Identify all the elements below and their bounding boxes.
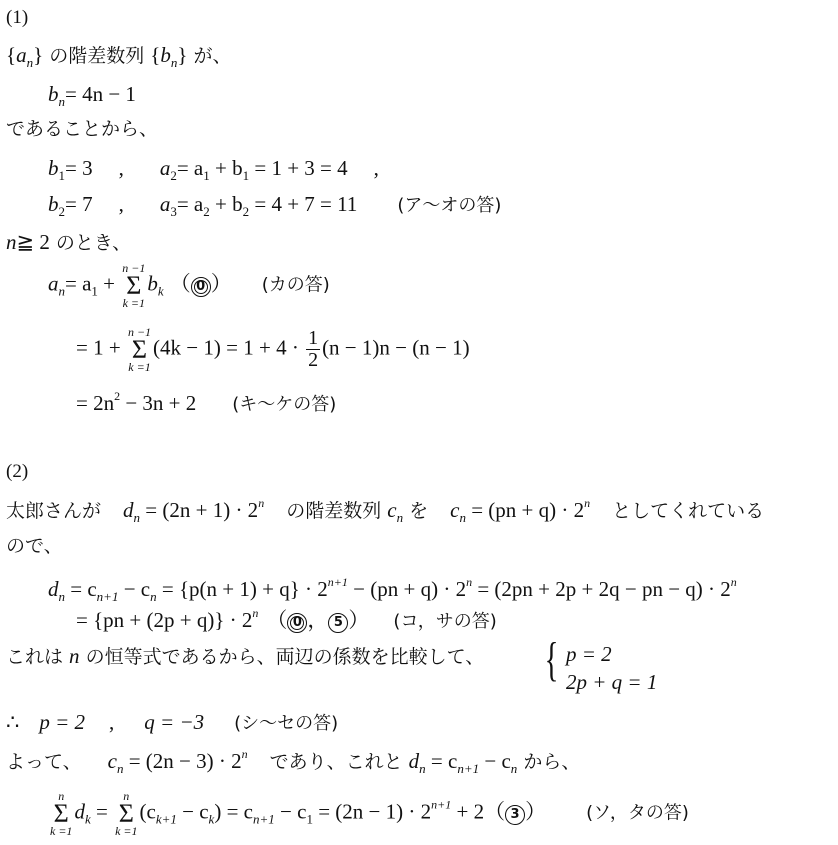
var-d: d xyxy=(123,498,134,522)
hence-line: よって、cn = (2n − 3) · 2nであり、これと dn = cn+1 … xyxy=(6,748,580,775)
plus: + xyxy=(98,272,120,296)
p-value: p = 2 xyxy=(39,710,85,734)
choice-marker: 0 xyxy=(287,613,307,633)
var-a: a xyxy=(16,43,27,67)
choice-marker: 5 xyxy=(328,613,348,633)
hence-text: であり、これと xyxy=(270,751,409,773)
expr: = a xyxy=(65,272,91,296)
sub: k+1 xyxy=(156,812,177,827)
identity-text: の恒等式であるから、両辺の係数を比較して、 xyxy=(80,646,485,668)
row-1: b1= 3,a2= a1 + b1 = 1 + 3 = 4, xyxy=(48,158,379,182)
var-b: b xyxy=(147,272,158,296)
var-d: d xyxy=(74,800,85,824)
exponent: n xyxy=(258,496,264,510)
expr: = (2pn + 2p + 2q − pn − q) · 2 xyxy=(472,577,731,601)
expr: − c xyxy=(118,577,150,601)
sigma-icon: Σ xyxy=(50,802,72,825)
intro-text: の階差数列 xyxy=(43,45,150,67)
sum-lower: k =1 xyxy=(122,297,145,309)
var-c: c xyxy=(108,749,117,773)
expr: = a xyxy=(177,156,203,180)
expr: = 1 + 3 = 4 xyxy=(249,156,348,180)
expr: − c xyxy=(479,749,511,773)
part2-label: (2) xyxy=(6,462,28,481)
expr: (c xyxy=(140,800,156,824)
answer-note: (コ，サの答) xyxy=(393,611,496,632)
system-rows: p = 2 2p + q = 1 xyxy=(566,640,657,697)
bn-rhs: = 4n − 1 xyxy=(65,82,136,106)
var-a: a xyxy=(48,272,59,296)
intro-text: を xyxy=(403,500,428,522)
exponent: n+1 xyxy=(328,575,348,589)
expr: + b xyxy=(210,192,243,216)
sub: n+1 xyxy=(253,812,275,827)
brace-open: { xyxy=(150,43,160,67)
var-a: a xyxy=(160,156,171,180)
expr: ) = c xyxy=(214,800,253,824)
result-line: ∴p = 2,q = −3(シ〜セの答) xyxy=(6,712,338,733)
an-line-3: = 2n2 − 3n + 2(キ〜ケの答) xyxy=(76,390,336,414)
therefore-icon: ∴ xyxy=(6,710,19,734)
sub: n+1 xyxy=(457,761,479,776)
expr: + 2 xyxy=(451,800,484,824)
left-brace-icon: { xyxy=(545,636,559,684)
expr: = c xyxy=(65,577,97,601)
intro-text: 太郎さんが xyxy=(6,500,101,522)
part1-label: (1) xyxy=(6,8,28,27)
answer-note: (カの答) xyxy=(262,275,330,296)
expr: − c xyxy=(275,800,307,824)
sum-lower: k =1 xyxy=(115,825,137,837)
expr: = 2n xyxy=(76,391,114,415)
intro-text: の階差数列 xyxy=(286,500,387,522)
condition: n≧ 2 のとき、 xyxy=(6,232,131,253)
hence-text: から、 xyxy=(517,751,580,773)
expr: (4k − 1) = 1 + 4 · xyxy=(153,336,304,360)
var-a: a xyxy=(160,192,171,216)
exponent: n xyxy=(584,496,590,510)
sigma-icon: Σ xyxy=(115,802,137,825)
dn-line-2: = {pn + (2p + q)} · 2n（0，5）(コ，サの答) xyxy=(76,607,497,633)
sub: k xyxy=(158,284,164,299)
var-d: d xyxy=(48,577,59,601)
answer-note: (ソ，タの答) xyxy=(586,803,689,824)
fraction: 12 xyxy=(306,328,320,371)
var-b: b xyxy=(48,156,59,180)
exponent: n xyxy=(731,575,737,589)
brace-close: } xyxy=(177,43,187,67)
sigma-icon: Σ xyxy=(122,274,145,297)
var-n: n xyxy=(69,644,80,668)
sum-lower: k =1 xyxy=(128,361,151,373)
expr: + b xyxy=(210,156,243,180)
var-n: n xyxy=(6,230,17,254)
separator: , xyxy=(119,192,124,216)
choice-marker: 0 xyxy=(191,277,211,297)
expr: − (pn + q) · 2 xyxy=(348,577,466,601)
expr: = (pn + q) · 2 xyxy=(466,498,584,522)
expr: = (2n − 3) · 2 xyxy=(123,749,241,773)
dn-line-1: dn = cn+1 − cn = {p(n + 1) + q} · 2n+1 −… xyxy=(48,576,737,603)
sub: n+1 xyxy=(97,589,119,604)
expr: − 3n + 2 xyxy=(120,391,196,415)
brace-open: { xyxy=(6,43,16,67)
an-line-2: = 1 + n −1Σk =1(4k − 1) = 1 + 4 · 12(n −… xyxy=(76,326,470,373)
summation: nΣk =1 xyxy=(115,790,137,837)
exponent: n xyxy=(242,747,248,761)
var-b: b xyxy=(160,43,171,67)
var-d: d xyxy=(409,749,420,773)
bn-formula: bn= 4n − 1 xyxy=(48,84,136,108)
answer-note: (ア〜オの答) xyxy=(397,195,501,216)
hence-text: よって、 xyxy=(6,751,82,773)
an-line-1: an= a1 + n −1Σk =1bk （0）(カの答) xyxy=(48,262,330,309)
part2-intro: 太郎さんがdn = (2n + 1) · 2nの階差数列 cn をcn = (p… xyxy=(6,497,764,524)
intro-text: としてくれている xyxy=(612,500,764,522)
therefore-text: であることから、 xyxy=(6,120,158,139)
expr: = {pn + (2p + q)} · 2 xyxy=(76,608,252,632)
summation: n −1Σk =1 xyxy=(122,262,145,309)
var-b: b xyxy=(48,82,59,106)
separator: , xyxy=(374,156,379,180)
separator: , xyxy=(109,710,114,734)
choice-marker: 3 xyxy=(505,805,525,825)
identity-line: これは n の恒等式であるから、両辺の係数を比較して、 xyxy=(6,646,484,667)
expr: − c xyxy=(177,800,209,824)
expr: = (2n − 1) · 2 xyxy=(313,800,431,824)
intro-tail: が、 xyxy=(187,45,231,67)
expr: (n − 1)n − (n − 1) xyxy=(322,336,470,360)
var-b: b xyxy=(48,192,59,216)
expr: = {p(n + 1) + q} · 2 xyxy=(157,577,328,601)
condition-text: のとき、 xyxy=(50,232,131,254)
part2-intro-cont: ので、 xyxy=(6,537,63,556)
system-row: 2p + q = 1 xyxy=(566,668,657,696)
b1-value: = 3 xyxy=(65,156,93,180)
expr: = a xyxy=(177,192,203,216)
identity-text: これは xyxy=(6,646,69,668)
final-line: nΣk =1dk = nΣk =1(ck+1 − ck) = cn+1 − c1… xyxy=(48,790,689,837)
relation: ≧ 2 xyxy=(17,230,50,254)
answer-note: (シ〜セの答) xyxy=(234,713,338,734)
system-row: p = 2 xyxy=(566,640,657,668)
exponent: n+1 xyxy=(431,798,451,812)
q-value: q = −3 xyxy=(144,710,204,734)
denominator: 2 xyxy=(306,350,320,371)
var-c: c xyxy=(387,498,396,522)
separator: , xyxy=(119,156,124,180)
b2-value: = 7 xyxy=(65,192,93,216)
expr: = c xyxy=(426,749,458,773)
expr: = xyxy=(91,800,113,824)
numerator: 1 xyxy=(306,328,320,350)
equation-system: { p = 2 2p + q = 1 xyxy=(548,640,657,697)
expr: = 4 + 7 = 11 xyxy=(249,192,357,216)
row-2: b2= 7,a3= a2 + b2 = 4 + 7 = 11(ア〜オの答) xyxy=(48,194,501,218)
brace-close: } xyxy=(33,43,43,67)
summation: n −1Σk =1 xyxy=(128,326,151,373)
exponent: n xyxy=(252,606,258,620)
sigma-icon: Σ xyxy=(128,338,151,361)
expr: = (2n + 1) · 2 xyxy=(140,498,258,522)
answer-note: (キ〜ケの答) xyxy=(232,394,336,415)
summation: nΣk =1 xyxy=(50,790,72,837)
expr: = 1 + xyxy=(76,336,126,360)
separator: ， xyxy=(307,608,328,632)
sum-lower: k =1 xyxy=(50,825,72,837)
part1-intro: {an} の階差数列 {bn} が、 xyxy=(6,45,232,69)
